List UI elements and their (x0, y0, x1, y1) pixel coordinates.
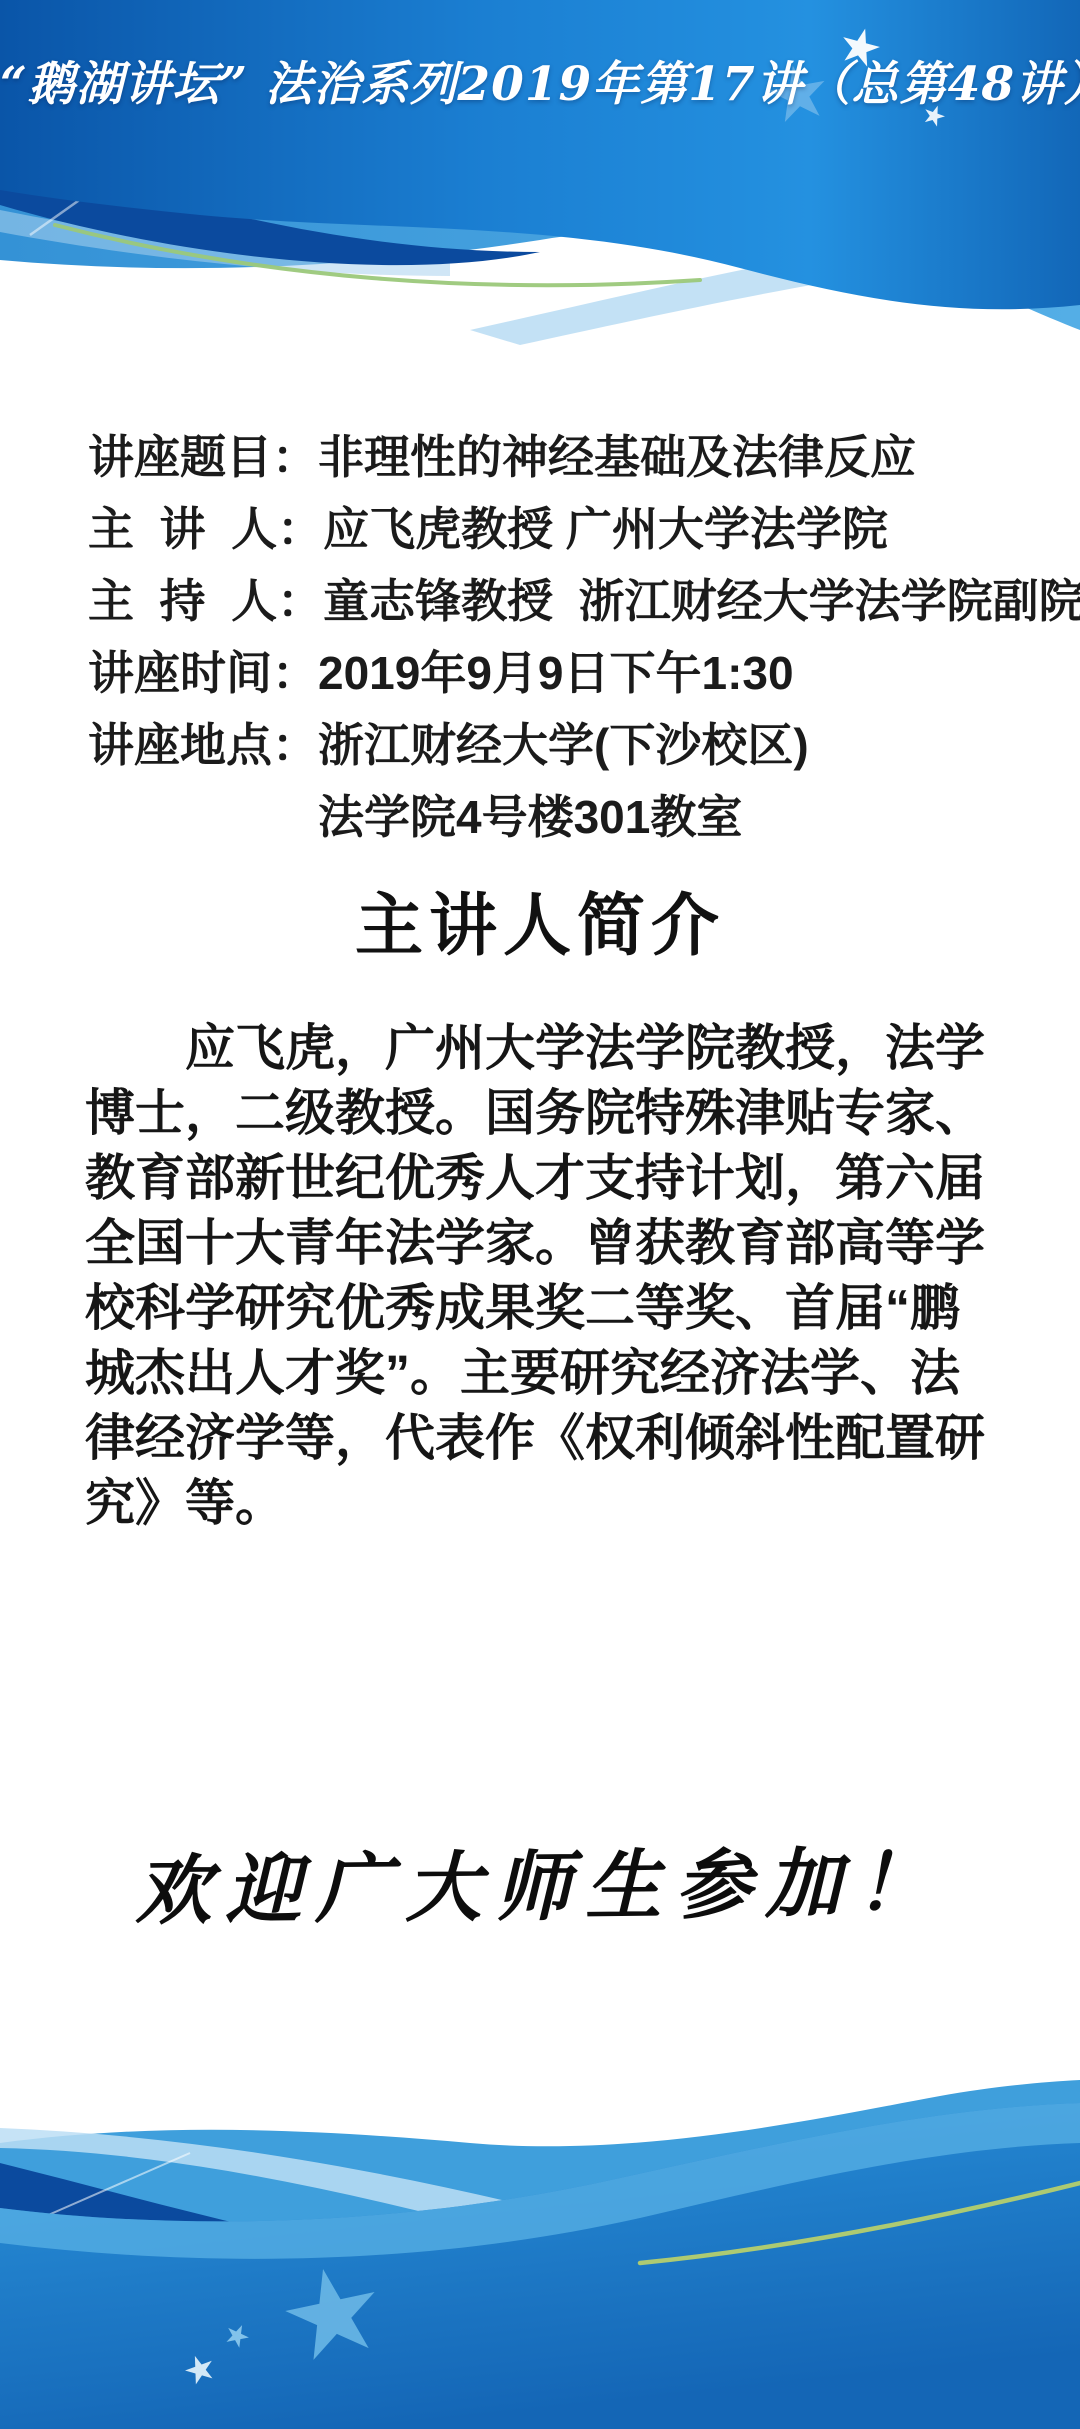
bio-line: 应飞虎，广州大学法学院教授，法学 (85, 1016, 1000, 1081)
bio-line: 律经济学等，代表作《权利倾斜性配置研 (85, 1406, 1000, 1471)
info-value: 非理性的神经基础及法律反应 (318, 421, 916, 487)
info-row-time: 讲座时间： 2019年9月9日下午1:30 (88, 634, 1040, 706)
info-row-room: 法学院4号楼301教室 (88, 778, 1040, 850)
welcome-message: 欢迎广大师生参加！ (0, 1820, 1080, 1940)
bio-line: 校科学研究优秀成果奖二等奖、首届“鹏 (85, 1276, 1000, 1341)
bio-paragraph: 应飞虎，广州大学法学院教授，法学 博士，二级教授。国务院特殊津贴专家、 教育部新… (85, 1016, 1000, 1536)
info-row-topic: 讲座题目： 非理性的神经基础及法律反应 (88, 418, 1040, 490)
info-value: 法学院4号楼301教室 (318, 781, 742, 847)
info-value: 2019年9月9日下午1:30 (318, 637, 794, 703)
info-value: 应飞虎教授 广州大学法学院 (323, 493, 888, 559)
bio-line: 城杰出人才奖”。主要研究经济法学、法 (85, 1341, 1000, 1406)
bio-line: 全国十大青年法学家。曾获教育部高等学 (85, 1211, 1000, 1276)
lecture-info-section: 讲座题目： 非理性的神经基础及法律反应 主 讲 人： 应飞虎教授 广州大学法学院… (88, 418, 1040, 850)
info-label: 讲座地点： (88, 709, 318, 775)
info-value: 浙江财经大学(下沙校区) (318, 709, 809, 775)
info-label: 主 持 人： (88, 565, 323, 631)
page-title: “鹅湖讲坛” 法治系列2019年第17讲（总第48讲） (0, 44, 1080, 126)
info-row-speaker: 主 讲 人： 应飞虎教授 广州大学法学院 (88, 490, 1040, 562)
bio-line: 教育部新世纪优秀人才支持计划，第六届 (85, 1146, 1000, 1211)
info-label: 讲座题目： (88, 421, 318, 487)
info-value: 童志锋教授 浙江财经大学法学院副院长 (323, 565, 1080, 631)
bio-line: 博士，二级教授。国务院特殊津贴专家、 (85, 1081, 1000, 1146)
section-heading: 主讲人简介 (0, 872, 1080, 969)
footer-wave-art (0, 2048, 1080, 2429)
info-row-host: 主 持 人： 童志锋教授 浙江财经大学法学院副院长 (88, 562, 1040, 634)
info-label: 主 讲 人： (88, 493, 323, 559)
info-row-location: 讲座地点： 浙江财经大学(下沙校区) (88, 706, 1040, 778)
lecture-poster: “鹅湖讲坛” 法治系列2019年第17讲（总第48讲） 讲座题目： 非理性的神经… (0, 0, 1080, 2429)
info-label: 讲座时间： (88, 637, 318, 703)
bio-line: 究》等。 (85, 1471, 1000, 1536)
